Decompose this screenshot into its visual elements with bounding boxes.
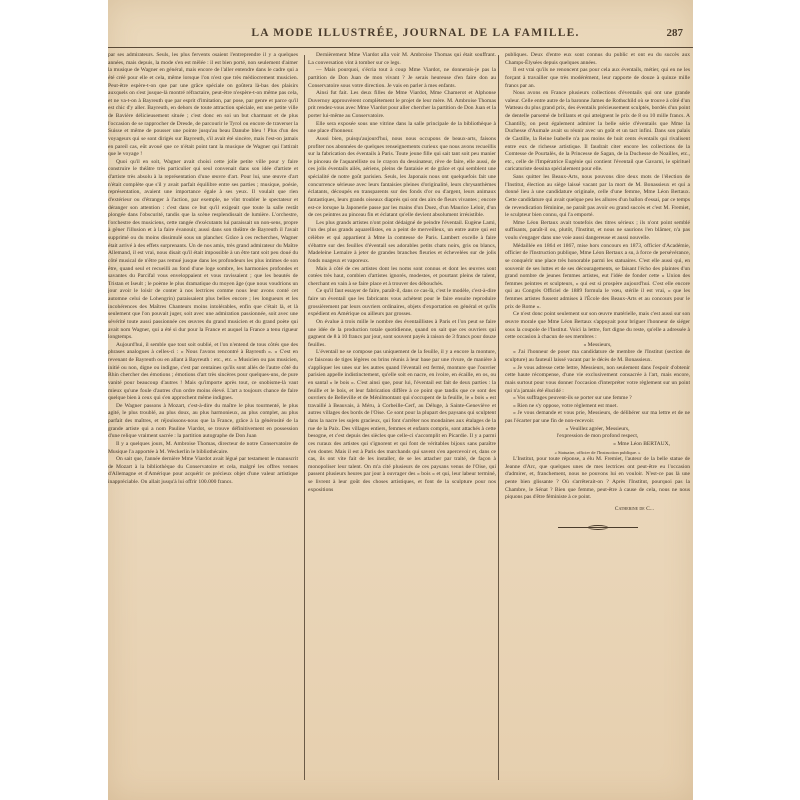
paragraph: par ses admirateurs. Seuls, les plus fer… [108, 52, 298, 159]
letter-paragraph: « Rien ne s'y oppose, votre règlement es… [505, 403, 690, 411]
paragraph: Dernièrement Mme Viardot alla voir M. Am… [308, 52, 496, 67]
column-1: par ses admirateurs. Seuls, les plus fer… [108, 52, 298, 792]
paragraph: Médaillée en 1864 et 1867, mise hors con… [505, 243, 690, 312]
letter-paragraph: « Je vous adresse cette lettre, Messieur… [505, 365, 690, 396]
letter-paragraph: « J'ai l'honneur de poser ma candidature… [505, 349, 690, 364]
article-columns: par ses admirateurs. Seuls, les plus fer… [108, 52, 693, 792]
header-rule [108, 47, 693, 48]
author-signature: Catherine de C... [505, 506, 690, 514]
paragraph: Quoi qu'il en soit, Wagner avait choisi … [108, 159, 298, 342]
paragraph: Ainsi fut fait. Les deux filles de Mme V… [308, 90, 496, 121]
paragraph: publiques. Deux d'entre eux sont connus … [505, 52, 690, 67]
paragraph: Sans quitter les Beaux-Arts, nous pouvon… [505, 174, 690, 220]
paragraph: L'éventail ne se compose pas uniquement … [308, 349, 496, 494]
paragraph: Aujourd'hui, il semble que tout soit oub… [108, 342, 298, 403]
letter-paragraph: « Vos suffrages peuvent-ils se porter su… [505, 395, 690, 403]
running-header: LA MODE ILLUSTRÉE, JOURNAL DE LA FAMILLE… [108, 0, 693, 42]
paragraph: Nous avons en France plusieurs collectio… [505, 90, 690, 174]
paragraph: — Mais pourquoi, s'écria tout à coup Mme… [308, 67, 496, 90]
paragraph: Ce qu'il faut essayer de faire, paraît-i… [308, 288, 496, 319]
journal-title: LA MODE ILLUSTRÉE, JOURNAL DE LA FAMILLE… [138, 27, 693, 39]
paragraph: Il est vrai qu'ils ne renoncent pas pour… [505, 67, 690, 90]
letter-paragraph: « Je vous demande et vous prie, Messieur… [505, 410, 690, 425]
paragraph: Il y a quelques jours, M. Ambroise Thoma… [108, 441, 298, 456]
paragraph: Mais à côté de ces artistes dont les nom… [308, 266, 496, 289]
paragraph: L'Institut, pour toute réponse, a élu M.… [505, 456, 690, 502]
letter-signer-title: « Statuaire, officier de l'Instruction p… [505, 449, 690, 457]
paragraph: De Wagner passons à Mozart, c'est-à-dire… [108, 403, 298, 441]
newspaper-page: LA MODE ILLUSTRÉE, JOURNAL DE LA FAMILLE… [108, 0, 693, 800]
paragraph: Les plus grands artistes n'ont point déd… [308, 220, 496, 266]
paragraph: On évalue à trois mille le nombre des év… [308, 319, 496, 350]
paragraph: Aussi bien, puisqu'aujourd'hui, nous nou… [308, 136, 496, 220]
column-2: Dernièrement Mme Viardot alla voir M. Am… [308, 52, 496, 792]
paragraph: Ce n'est donc point seulement sur son œu… [505, 311, 690, 342]
paragraph: On sait que, l'année dernière Mme Viardo… [108, 456, 298, 487]
page-number: 287 [667, 27, 684, 39]
letter-signature: « Mme Léon BERTAUX, [505, 441, 690, 449]
column-3: publiques. Deux d'entre eux sont connus … [505, 52, 690, 792]
letter-closing: l'expression de mon profond respect, [505, 433, 690, 441]
end-ornament-flourish [558, 524, 638, 530]
paragraph: Mme Léon Bertaux avait toutefois des tit… [505, 220, 690, 243]
paragraph: Elle sera exposée sous une vitrine dans … [308, 121, 496, 136]
